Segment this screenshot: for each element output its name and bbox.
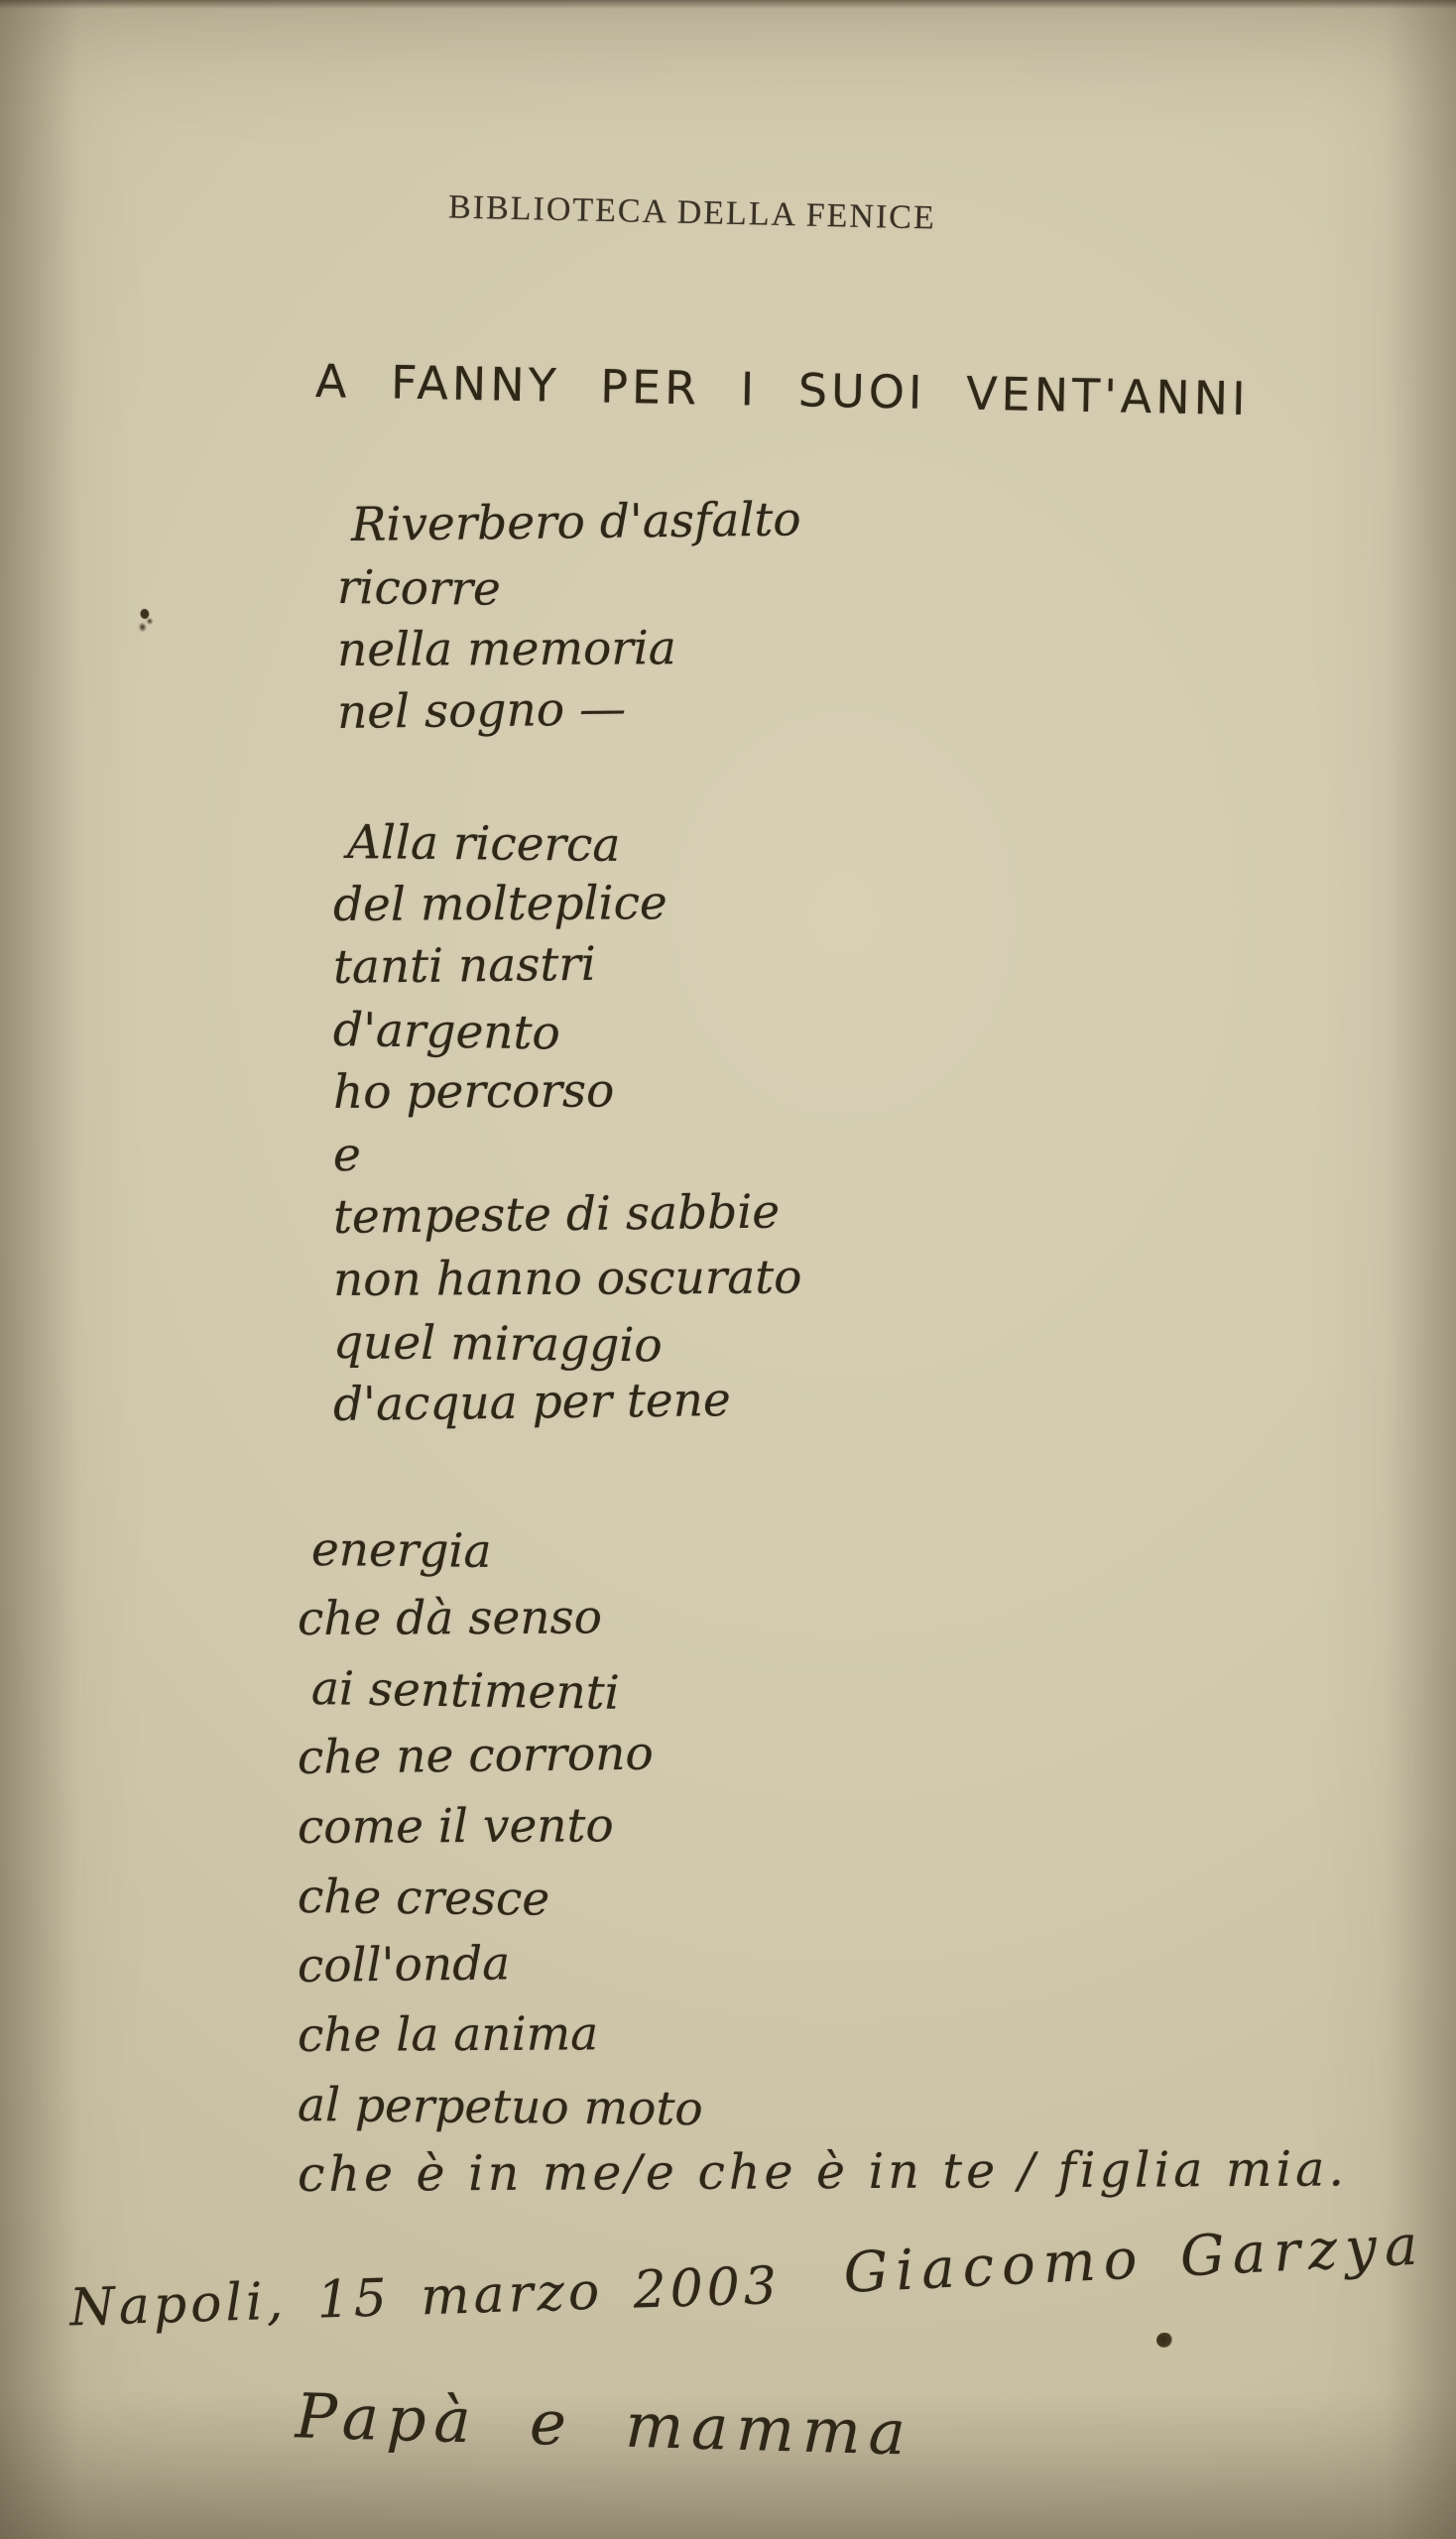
poem-line: d'argento (333, 999, 802, 1068)
poem-stanza-1: Riverbero d'asfalto ricorre nella memori… (337, 494, 801, 744)
poem-line: che è in me/e che è in te / figlia mia. (298, 2134, 1348, 2210)
publisher-imprint: BIBLIOTECA DELLA FENICE (448, 188, 937, 237)
poem-stanza-3: energia che dà senso ai sentimenti che n… (298, 1515, 1348, 2210)
poem-line: Alla ricerca (347, 811, 802, 879)
place-date: Napoli, 15 marzo 2003 (68, 2256, 781, 2338)
book-page-photo: BIBLIOTECA DELLA FENICE A FANNY PER I SU… (0, 0, 1456, 2539)
poem-line: coll'onda (298, 1919, 1349, 2001)
poem-line: nel sogno — (337, 675, 801, 744)
poem-line: tanti nastri (333, 930, 802, 999)
poem-line: Riverbero d'asfalto (351, 488, 801, 556)
poem-line: come il vento (298, 1787, 1348, 1863)
poem-line: ho percorso (333, 1059, 802, 1124)
poem-line: che la anima (298, 1995, 1348, 2071)
poem-line: ricorre (337, 556, 801, 624)
poem-stanza-2: Alla ricerca del molteplice tanti nastri… (333, 811, 802, 1436)
colophon: Napoli, 15 marzo 2003Giacomo Garzya (68, 2233, 1426, 2340)
closing-line: Papà e mamma (295, 2379, 914, 2469)
dedication-title: A FANNY PER I SUOI VENT'ANNI (315, 354, 1251, 425)
poem-line: tempeste di sabbie (333, 1180, 802, 1249)
poem-line: che dà senso (298, 1579, 1348, 1654)
poem-line: del molteplice (333, 872, 802, 936)
ink-speck (133, 606, 157, 638)
poem-line: nella memoria (337, 617, 801, 681)
poem-line: che ne corrono (298, 1711, 1349, 1793)
poem-line: d'acqua per tene (333, 1368, 802, 1436)
author-signature: Giacomo Garzya (842, 2213, 1427, 2306)
poem-line: non hanno oscurato (333, 1247, 802, 1311)
ink-dot (1156, 2333, 1172, 2348)
